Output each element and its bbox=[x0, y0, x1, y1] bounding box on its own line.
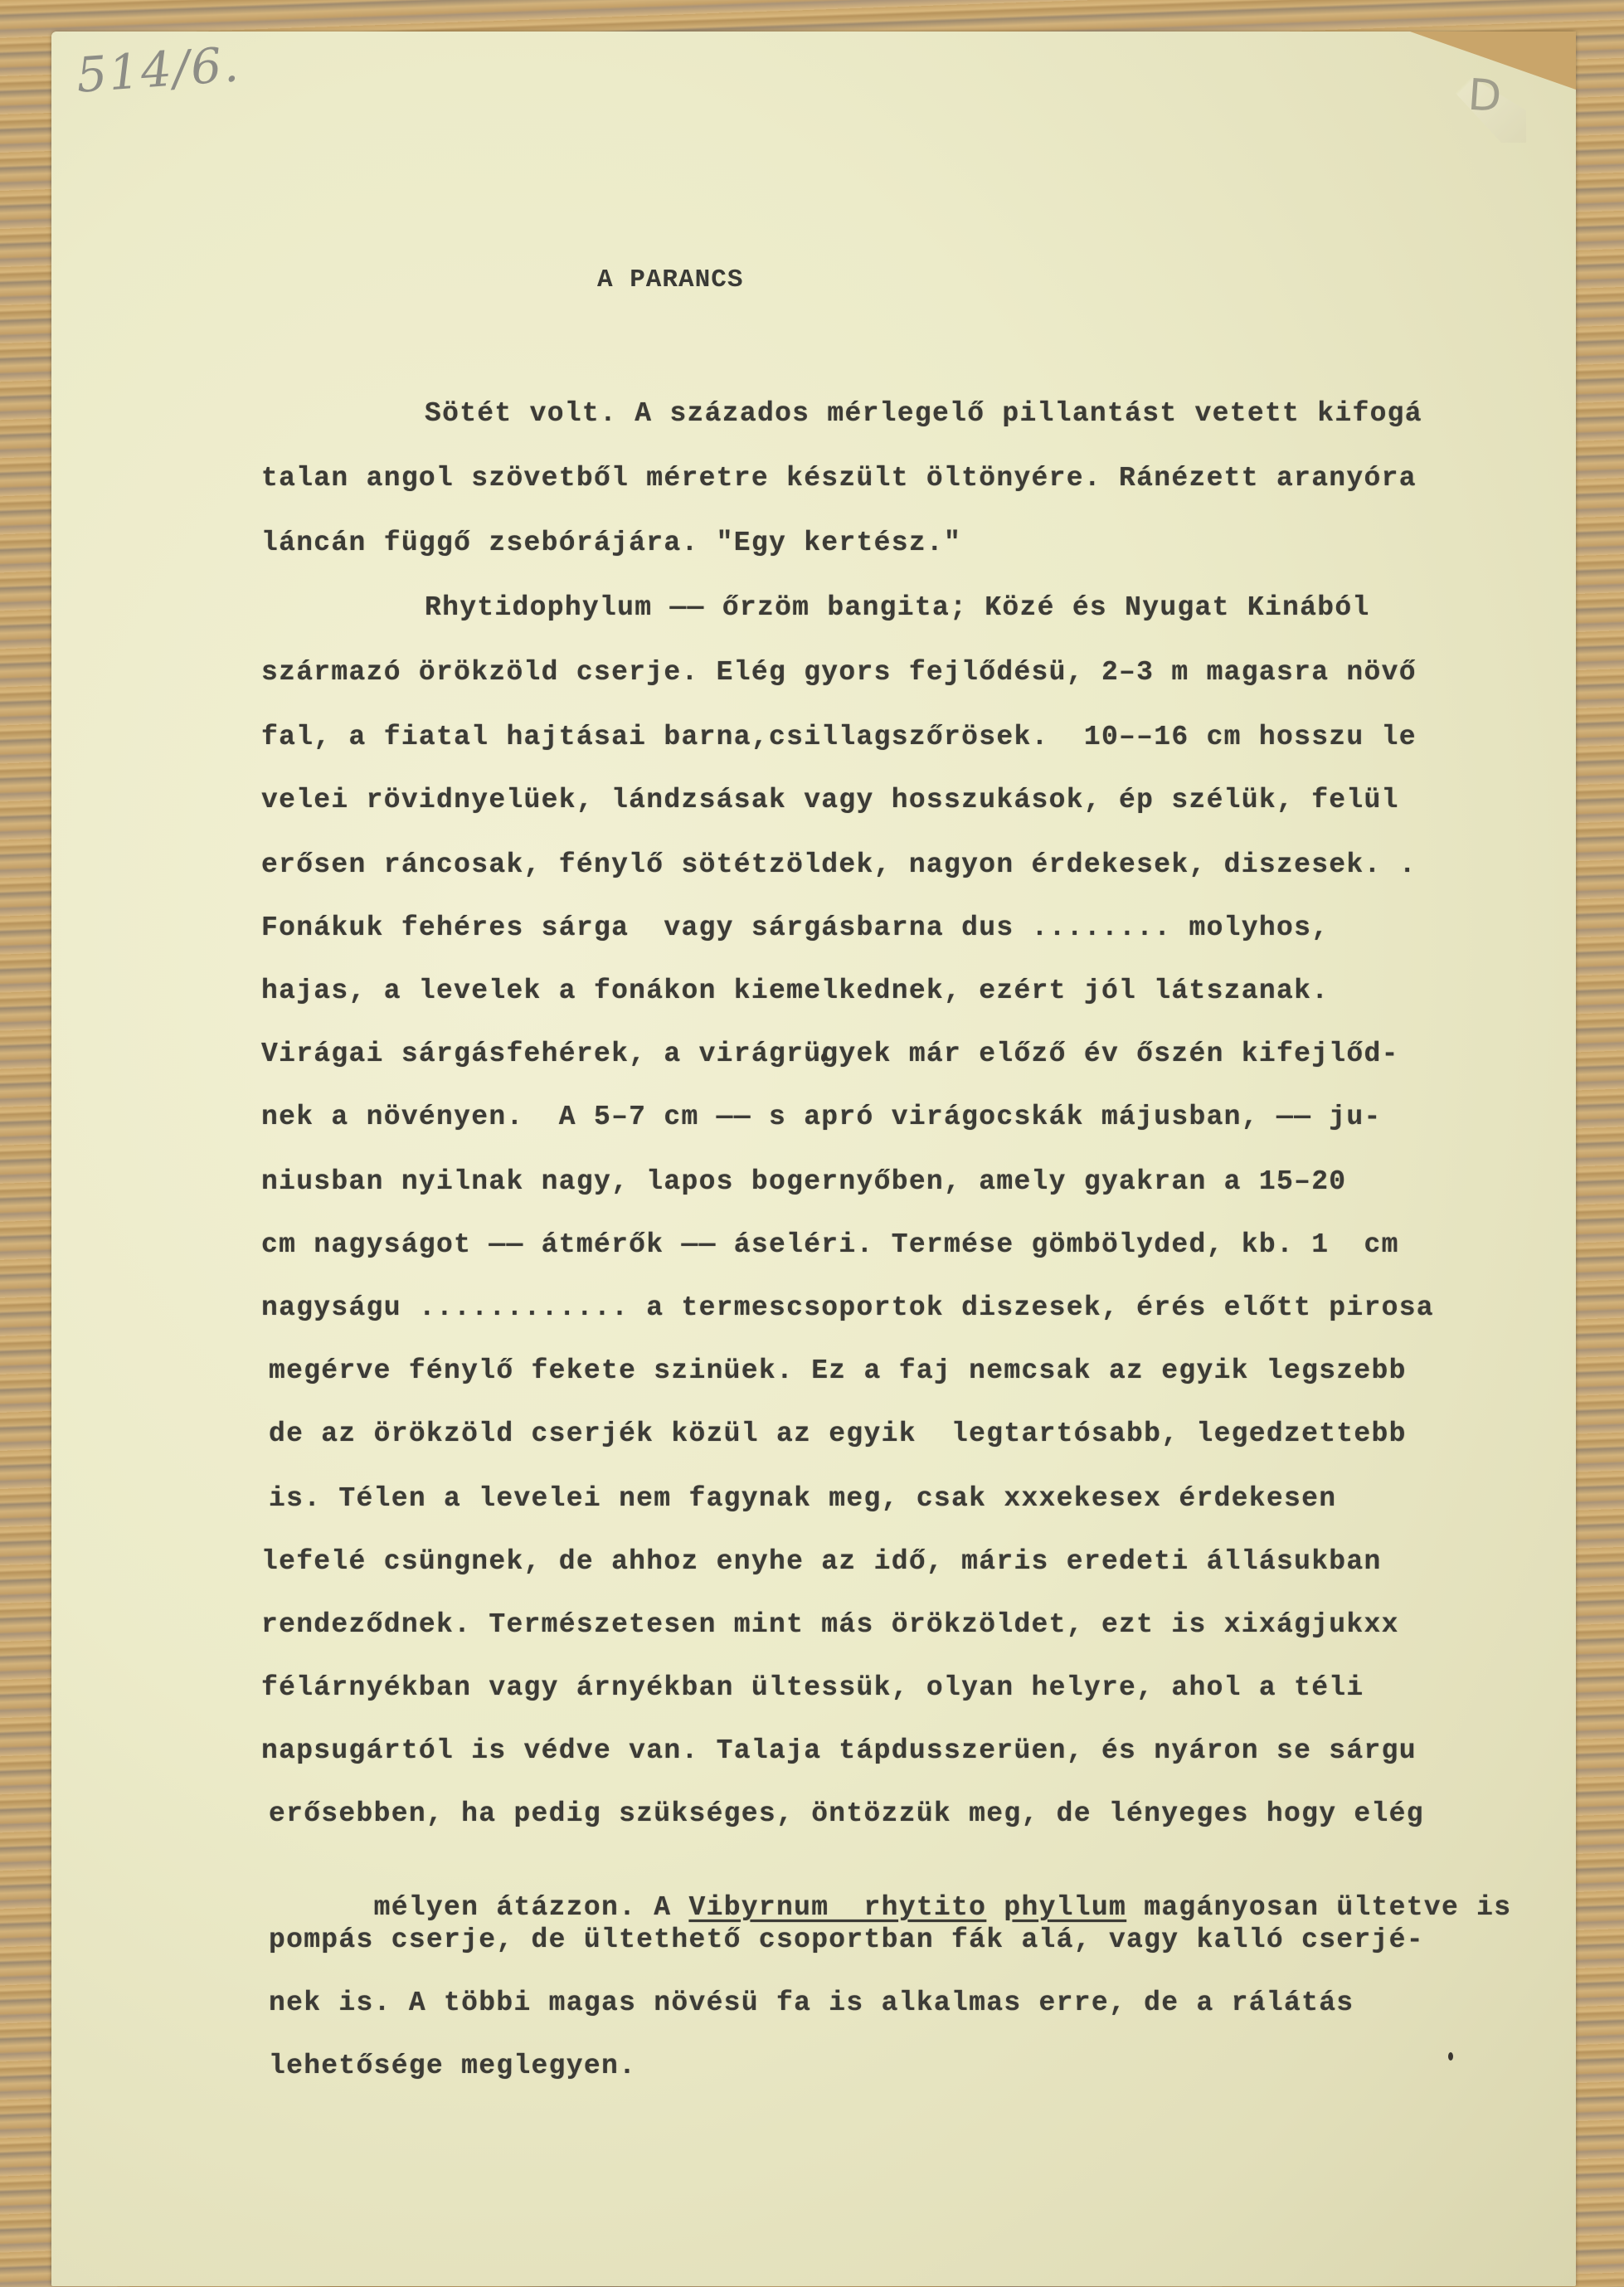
text-line: lefelé csüngnek, de ahhoz enyhe az idő, … bbox=[261, 1546, 1382, 1577]
text-line: nek a növényen. A 5–7 cm —— s apró virág… bbox=[261, 1102, 1382, 1132]
text-line: félárnyékban vagy árnyékban ültessük, ol… bbox=[261, 1672, 1364, 1703]
line-suffix: magányosan ültetve is bbox=[1126, 1892, 1511, 1923]
text-line: is. Télen a levelei nem fagynak meg, csa… bbox=[269, 1483, 1336, 1514]
overtyped-mark: A bbox=[654, 1892, 671, 1923]
text-line: nek is. A többi magas növésü fa is alkal… bbox=[269, 1988, 1354, 2018]
text-line: de az örökzöld cserjék közül az egyik le… bbox=[269, 1418, 1407, 1449]
text-line: Rhytidophylum —— őrzöm bangita; Közé és … bbox=[425, 592, 1370, 623]
underlined-species-name: Vibyrnum rhytito bbox=[689, 1892, 987, 1923]
line-prefix: mélyen átázzon. bbox=[374, 1892, 654, 1923]
text-line: láncán függő zsebórájára. "Egy kertész." bbox=[261, 528, 961, 558]
text-line: nagyságu ............ a termescsoportok … bbox=[261, 1292, 1434, 1323]
document-title: A PARANCS bbox=[597, 265, 743, 294]
folded-corner bbox=[1402, 35, 1526, 143]
text-line: cm nagyságot —— átmérők —— áseléri. Term… bbox=[261, 1229, 1399, 1260]
text-line: Sötét volt. A százados mérlegelő pillant… bbox=[425, 398, 1422, 429]
text-line: Fonákuk fehéres sárga vagy sárgásbarna d… bbox=[261, 912, 1329, 943]
text-line: származó örökzöld cserje. Elég gyors fej… bbox=[261, 657, 1417, 688]
text-line: talan angol szövetből méretre készült öl… bbox=[261, 463, 1417, 494]
text-line: velei rövidnyelüek, lándzsásak vagy hoss… bbox=[261, 785, 1399, 815]
text-line: rendeződnek. Természetesen mint más örök… bbox=[261, 1609, 1399, 1640]
text-line: napsugártól is védve van. Talaja tápduss… bbox=[261, 1735, 1417, 1766]
text-line: hajas, a levelek a fonákon kiemelkednek,… bbox=[261, 976, 1329, 1006]
typewritten-page: 514/6. D A PARANCS Sötét volt. A százado… bbox=[51, 32, 1576, 2286]
pencil-corner-mark: D bbox=[1466, 71, 1503, 123]
text-line: megérve fénylő fekete szinüek. Ez a faj … bbox=[269, 1355, 1407, 1386]
text-line: erősen ráncosak, fénylő sötétzöldek, nag… bbox=[261, 849, 1417, 880]
text-line: Virágai sárgásfehérek, a virágrügyek már… bbox=[261, 1039, 1399, 1069]
text-line: pompás cserje, de ültethető csoportban f… bbox=[269, 1924, 1424, 1955]
text-line: fal, a fiatal hajtásai barna,csillagszőr… bbox=[261, 722, 1417, 752]
text-line: erősebben, ha pedig szükséges, öntözzük … bbox=[269, 1798, 1424, 1829]
text-line: niusban nyilnak nagy, lapos bogernyőben,… bbox=[261, 1166, 1346, 1197]
ink-speck bbox=[1448, 2052, 1453, 2061]
pencil-archive-number: 514/6. bbox=[75, 36, 242, 104]
ink-speck bbox=[821, 1053, 826, 1062]
underlined-species-suffix: phyllum bbox=[1004, 1892, 1126, 1923]
text-line: lehetősége meglegyen. bbox=[269, 2051, 636, 2081]
